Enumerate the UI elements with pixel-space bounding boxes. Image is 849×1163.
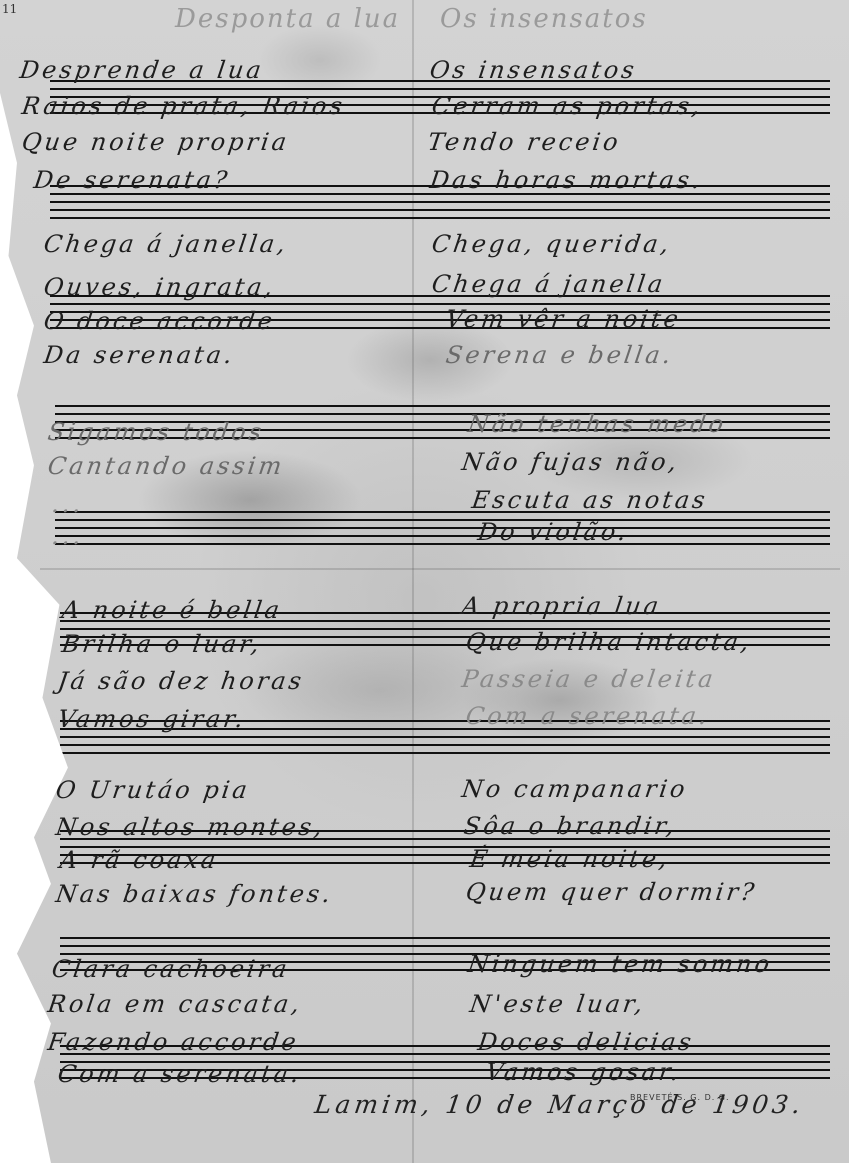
music-staff <box>55 511 830 545</box>
right-verse-line: Com a serenata. <box>464 702 712 730</box>
left-verse-line: De serenata? <box>32 166 232 194</box>
manuscript-page: 11 Desponta a lua Os insensatos Desprend… <box>0 0 849 1163</box>
left-verse-line: Com a serenata. <box>56 1060 304 1088</box>
paper-fold-horizontal <box>40 568 840 570</box>
left-verse-line: ... <box>50 522 86 550</box>
corner-mark: 11 <box>2 2 17 16</box>
left-verse-line: Cantando assim <box>46 452 286 480</box>
right-verse-line: Cerram as portas, <box>430 92 705 120</box>
left-verse-line: Chega á janella, <box>42 230 290 258</box>
signature-date: Lamim, 10 de Março de 1903. <box>313 1090 806 1119</box>
right-verse-line: Das horas mortas. <box>428 166 705 194</box>
right-verse-line: É meia noite, <box>468 845 672 873</box>
right-verse-line: Que brilha intacta, <box>464 628 754 656</box>
right-faint-title: Os insensatos <box>440 4 648 34</box>
right-verse-line: Passeia e deleita <box>460 665 718 693</box>
right-verse-line: N'este luar, <box>468 990 647 1018</box>
right-verse-line: Quem quer dormir? <box>464 878 759 906</box>
left-verse-line: Sigamos todos <box>46 418 266 446</box>
right-verse-line: Chega, querida, <box>430 230 673 258</box>
left-verse-line: Vamos girar. <box>56 705 248 733</box>
left-faint-title: Desponta a lua <box>175 4 400 34</box>
right-verse-line: A propria lua <box>460 592 663 620</box>
right-verse-line: Tendo receio <box>426 128 623 156</box>
left-verse-line: O doce accorde <box>42 307 277 335</box>
printer-stamp: BREVETÉ S. G. D. G. <box>630 1093 730 1102</box>
left-verse-line: Nos altos montes, <box>54 813 327 841</box>
right-verse-line: Serena e bella. <box>444 341 675 369</box>
left-verse-line: Clara cachoeira <box>50 955 291 983</box>
left-verse-line: Brilha o luar, <box>60 630 264 658</box>
left-verse-line: A noite é bella <box>60 596 284 624</box>
right-verse-line: Os insensatos <box>428 56 639 84</box>
right-verse-line: Ninguem tem somno <box>466 950 774 978</box>
right-verse-line: Vamos gosar. <box>484 1058 683 1086</box>
left-verse-line: Nas baixas fontes. <box>54 880 335 908</box>
right-verse-line: Não tenhas medo <box>466 410 728 438</box>
left-verse-line: Já são dez horas <box>56 667 306 695</box>
paper-fold-vertical <box>412 0 414 1163</box>
left-verse-line: Que noite propria <box>20 128 291 156</box>
left-verse-line: Desprende a lua <box>18 56 266 84</box>
left-verse-line: Raios de prata, Raios <box>20 92 347 120</box>
right-verse-line: Do violão. <box>476 518 631 546</box>
right-verse-line: Chega á janella <box>430 270 667 298</box>
left-verse-line: Da serenata. <box>42 341 237 369</box>
left-verse-line: ... <box>50 490 86 518</box>
right-verse-line: Doces delicias <box>476 1028 696 1056</box>
left-verse-line: Fazendo accorde <box>46 1028 301 1056</box>
left-verse-line: O Urutáo pia <box>54 776 252 804</box>
right-verse-line: No campanario <box>460 775 690 803</box>
right-verse-line: Sôa o brandir, <box>462 812 679 840</box>
right-verse-line: Vem vêr a noite <box>444 305 683 333</box>
left-verse-line: Ouves, ingrata, <box>42 273 277 301</box>
left-verse-line: A rã coaxa <box>58 846 220 874</box>
right-verse-line: Não fujas não, <box>460 448 681 476</box>
left-verse-line: Rola em cascata, <box>46 990 304 1018</box>
right-verse-line: Escuta as notas <box>470 486 710 514</box>
